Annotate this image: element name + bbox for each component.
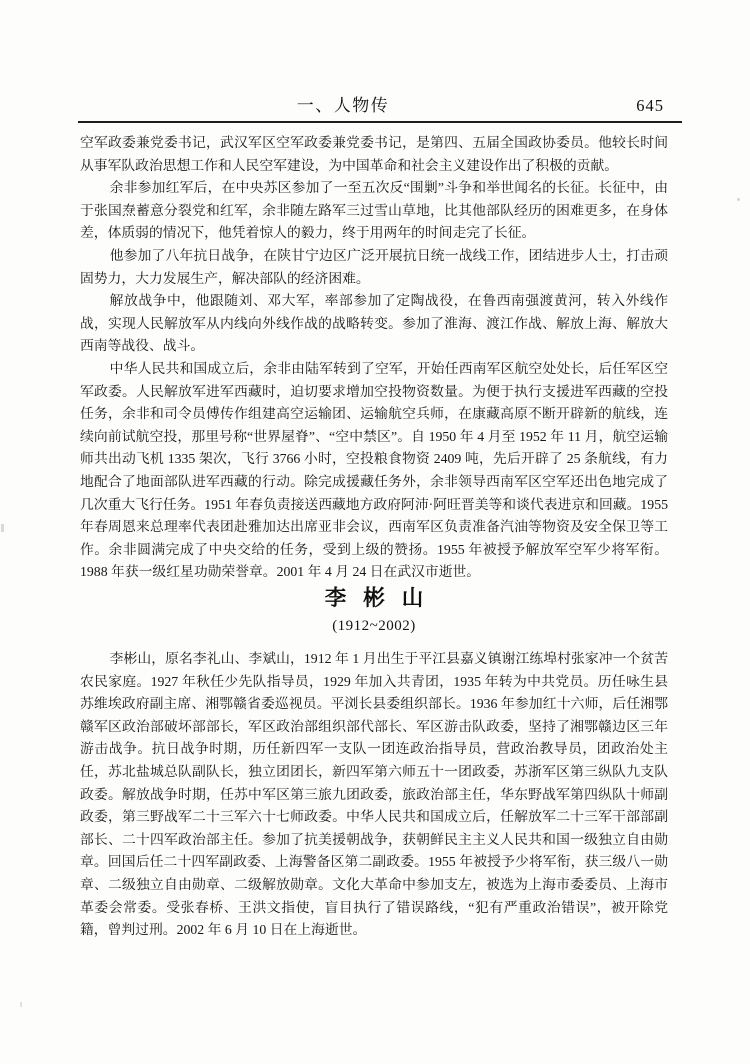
biography-lifespan: (1912~2002)	[80, 618, 668, 635]
paragraph: 空军政委兼党委书记，武汉军区空军政委兼党委书记，是第四、五届全国政协委员。他较长…	[80, 132, 668, 177]
scan-artifact	[1, 524, 4, 532]
biography-title: 李彬山	[80, 584, 668, 612]
running-header-title: 一、人物传	[78, 96, 682, 116]
paragraph: 解放战争中，他跟随刘、邓大军，率部参加了定陶战役，在鲁西南强渡黄河，转入外线作战…	[80, 290, 668, 358]
running-header: 一、人物传 645	[78, 96, 682, 123]
paragraph: 余非参加红军后，在中央苏区参加了一至五次反“围剿”斗争和举世闻名的长征。长征中，…	[80, 177, 668, 245]
paragraph: 他参加了八年抗日战争，在陕甘宁边区广泛开展抗日统一战线工作，团结进步人士，打击顽…	[80, 245, 668, 290]
scan-artifact	[20, 1002, 22, 1007]
scan-artifact	[737, 198, 740, 201]
page-number: 645	[636, 96, 664, 116]
paragraph: 中华人民共和国成立后，余非由陆军转到了空军，开始任西南军区航空处处长，后任军区空…	[80, 358, 668, 584]
scanned-book-page: 一、人物传 645 空军政委兼党委书记，武汉军区空军政委兼党委书记，是第四、五届…	[0, 0, 750, 1064]
previous-biography-text: 空军政委兼党委书记，武汉军区空军政委兼党委书记，是第四、五届全国政协委员。他较长…	[80, 132, 668, 584]
biography-section: 李彬山 (1912~2002) 李彬山，原名李礼山、李斌山，1912 年 1 月…	[80, 584, 668, 942]
paragraph: 李彬山，原名李礼山、李斌山，1912 年 1 月出生于平江县嘉义镇谢江练埠村张家…	[80, 648, 668, 942]
biography-text: 李彬山，原名李礼山、李斌山，1912 年 1 月出生于平江县嘉义镇谢江练埠村张家…	[80, 648, 668, 942]
